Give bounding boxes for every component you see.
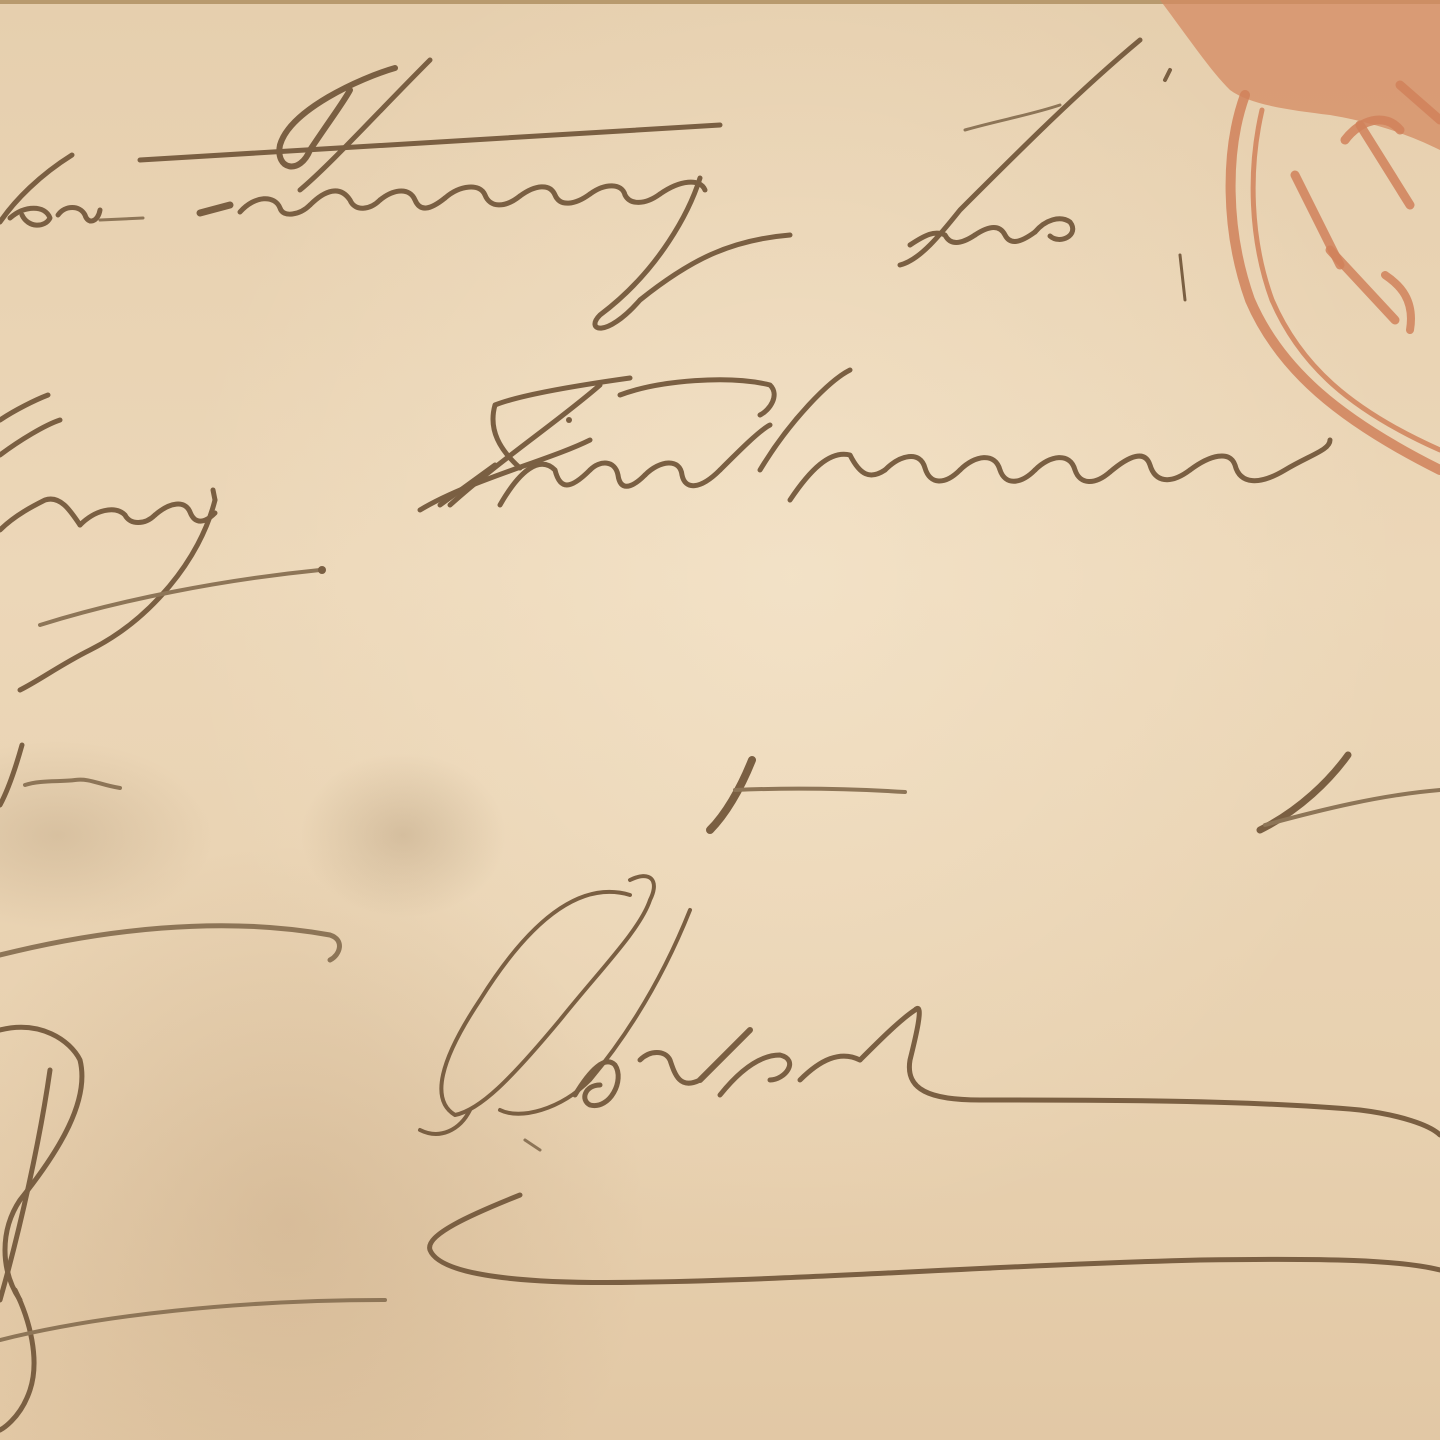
line4-handwriting: [0, 876, 1440, 1430]
line2-handwriting: [0, 370, 1330, 690]
handwriting: [0, 0, 1440, 1440]
line3-handwriting: [0, 745, 1440, 830]
line1-handwriting: [0, 40, 1185, 328]
